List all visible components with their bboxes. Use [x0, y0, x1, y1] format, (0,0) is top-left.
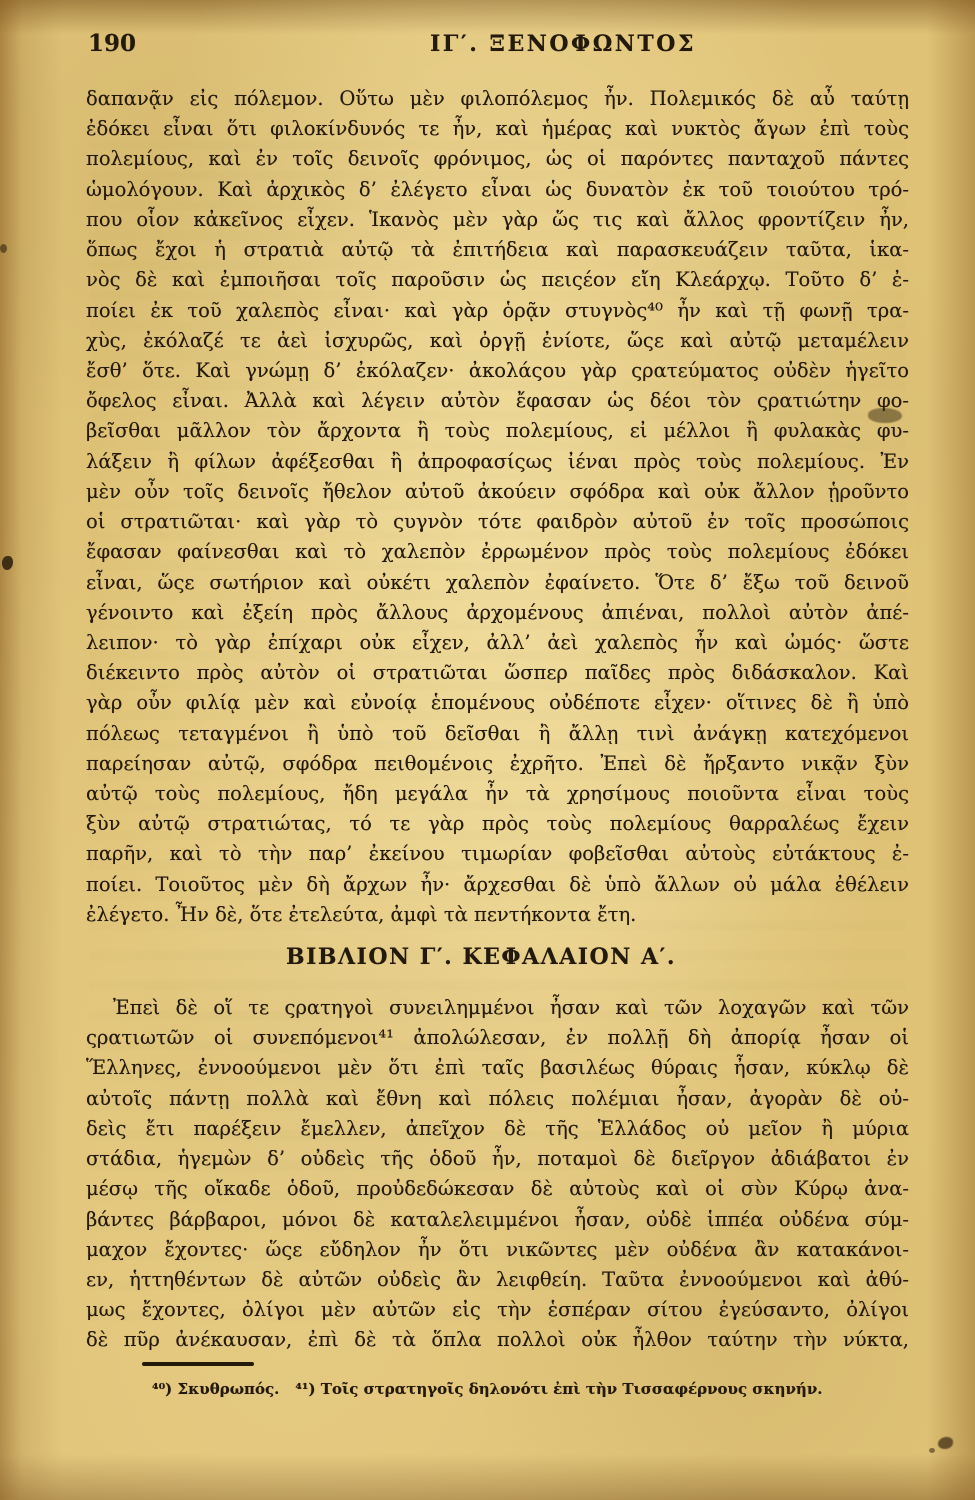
text-line: ἐδόκει εἶναι ὅτι φιλοκίνδυνός τε ἦν, καὶ…: [86, 114, 909, 144]
text-line: χὺς, ἐκόλαζέ τε ἀεὶ ἰσχυρῶς, καὶ ὀργῇ ἐν…: [86, 326, 909, 356]
text-line: ἔφασαν φαίνεσθαι καὶ τὸ χαλεπὸν ἐρρωμένο…: [86, 537, 909, 567]
section-heading: ΒΙΒΛΙΟΝ Γ′. ΚΕΦΑΛΑΙΟΝ Α′.: [86, 941, 876, 973]
text-line: εν, ἡττηθέντων δὲ αὐτῶν οὐδεὶς ἂν λειφθε…: [86, 1265, 909, 1295]
text-line: νὸς δὲ καὶ ἐμποιῆσαι τοῖς παροῦσιν ὡς πε…: [86, 265, 909, 295]
text-line: μέσῳ τῆς οἴκαδε ὁδοῦ, προὐδεδώκεσαν δὲ α…: [86, 1174, 909, 1204]
scanned-book-page: { "colors": { "paper": "#dfc276", "ink":…: [0, 0, 975, 1500]
text-line: αὐτῷ τοὺς πολεμίους, ἤδη μεγάλα ἦν τὰ χρ…: [86, 779, 909, 809]
text-line: δεὶς ἔτι παρέξειν ἔμελλεν, ἀπεῖχον δὲ τῆ…: [86, 1114, 909, 1144]
text-line: παρῆν, καὶ τὸ τὴν παρ’ ἐκείνου τιμωρίαν …: [86, 839, 909, 869]
text-line: στάδια, ἡγεμὼν δ’ οὐδεὶς τῆς ὁδοῦ ἦν, πο…: [86, 1144, 909, 1174]
text-line: ὄφελος εἶναι. Ἀλλὰ καὶ λέγειν αὐτὸν ἔφασ…: [86, 386, 909, 416]
footnote-item: ⁴¹) Τοῖς στρατηγοῖς δηλονότι ἐπὶ τὴν Τισ…: [295, 1380, 822, 1398]
text-line: μως ἔχοντες, ὀλίγοι μὲν αὐτῶν εἰς τὴν ἑσ…: [86, 1295, 909, 1325]
text-line: ςρατιωτῶν οἱ συνεπόμενοι⁴¹ ἀπολώλεσαν, ἐ…: [86, 1023, 909, 1053]
text-line: λειπον· τὸ γὰρ ἐπίχαρι οὐκ εἶχεν, ἀλλ’ ἀ…: [86, 628, 909, 658]
text-line: ὅπως ἔχοι ἡ στρατιὰ αὐτῷ τὰ ἐπιτήδεια κα…: [86, 235, 909, 265]
text-line: οἱ στρατιῶται· καὶ γὰρ τὸ ςυγνὸν τότε φα…: [86, 507, 909, 537]
text-line: πόλεως τεταγμένοι ἢ ὑπὸ τοῦ δεῖσθαι ἢ ἄλ…: [86, 719, 909, 749]
text-line: διέκειντο πρὸς αὐτὸν οἱ στρατιῶται ὥσπερ…: [86, 658, 909, 688]
footnote-separator-rule: [142, 1362, 254, 1366]
footnote-line: ⁴⁰) Σκυθρωπός.⁴¹) Τοῖς στρατηγοῖς δηλονό…: [152, 1378, 922, 1400]
text-line: μὲν οὖν τοῖς δεινοῖς ἤθελον αὐτοῦ ἀκούει…: [86, 477, 909, 507]
text-line: ὡμολόγουν. Καὶ ἀρχικὸς δ’ ἐλέγετο εἶναι …: [86, 175, 909, 205]
paragraph-book3-opening: Ἐπεὶ δὲ οἵ τε ςρατηγοὶ συνειλημμένοι ἦσα…: [86, 993, 909, 1356]
text-line: ποίει ἐκ τοῦ χαλεπὸς εἶναι· καὶ γὰρ ὁρᾷν…: [86, 296, 909, 326]
text-line: αὐτοῖς πάντῃ πολλὰ καὶ ἔθνη καὶ πόλεις π…: [86, 1084, 909, 1114]
text-line: μαχον ἔχοντες· ὥςε εὔδηλον ἦν ὅτι νικῶντ…: [86, 1235, 909, 1265]
text-line: Ἕλληνες, ἐννοούμενοι μὲν ὅτι ἐπὶ ταῖς βα…: [86, 1053, 909, 1083]
text-line: ξὺν αὐτῷ στρατιώτας, τό τε γὰρ πρὸς τοὺς…: [86, 809, 909, 839]
page-number: 190: [88, 30, 136, 57]
text-line: λάξειν ἢ φίλων ἀφέξεσθαι ἢ ἀπροφασίςως ἰ…: [86, 447, 909, 477]
footnote-item: ⁴⁰) Σκυθρωπός.: [152, 1380, 279, 1398]
text-line: εἶναι, ὥςε σωτήριον καὶ οὐκέτι χαλεπὸν ἐ…: [86, 568, 909, 598]
text-line: ποίει. Τοιοῦτος μὲν δὴ ἄρχων ἦν· ἄρχεσθα…: [86, 870, 909, 900]
text-line: Ἐπεὶ δὲ οἵ τε ςρατηγοὶ συνειλημμένοι ἦσα…: [86, 993, 909, 1023]
text-line: ἐλέγετο. Ἦν δὲ, ὅτε ἐτελεύτα, ἀμφὶ τὰ πε…: [86, 900, 909, 930]
text-line: ἔσθ’ ὅτε. Καὶ γνώμῃ δ’ ἐκόλαζεν· ἀκολάςο…: [86, 356, 909, 386]
text-line: πολεμίους, καὶ ἐν τοῖς δεινοῖς φρόνιμος,…: [86, 144, 909, 174]
running-title: ΙΓ′. ΞΕΝΟΦΩΝΤΟΣ: [430, 31, 696, 57]
paragraph-clearchus: δαπανᾷν εἰς πόλεμον. Οὕτω μὲν φιλοπόλεμο…: [86, 84, 909, 930]
text-line: γὰρ οὖν φιλίᾳ μὲν καὶ εὐνοίᾳ ἑπομένους ο…: [86, 688, 909, 718]
text-line: γένοιντο καὶ ἐξείη πρὸς ἄλλους ἀρχομένου…: [86, 598, 909, 628]
text-line: βεῖσθαι μᾶλλον τὸν ἄρχοντα ἢ τοὺς πολεμί…: [86, 416, 909, 446]
text-line: δὲ πῦρ ἀνέκαυσαν, ἐπὶ δὲ τὰ ὅπλα πολλοὶ …: [86, 1325, 909, 1355]
text-line: δαπανᾷν εἰς πόλεμον. Οὕτω μὲν φιλοπόλεμο…: [86, 84, 909, 114]
text-line: βάντες βάρβαροι, μόνοι δὲ καταλελειμμένο…: [86, 1205, 909, 1235]
text-line: παρείησαν αὐτῷ, σφόδρα πειθομένοις ἐχρῆτ…: [86, 749, 909, 779]
text-line: που οἷον κἀκεῖνος εἶχεν. Ἱκανὸς μὲν γὰρ …: [86, 205, 909, 235]
